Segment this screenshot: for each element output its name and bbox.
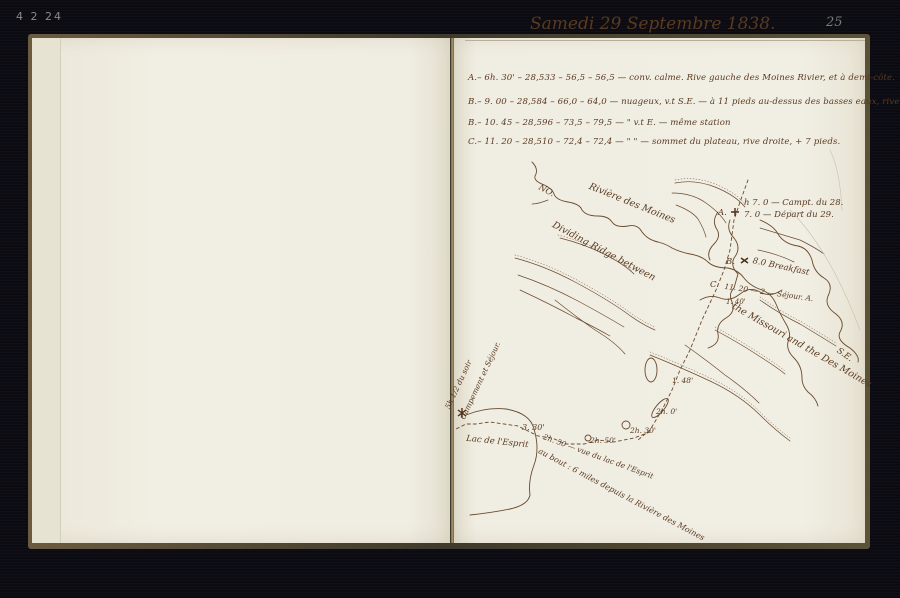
label-a-time-2: 7. 0 — Départ du 29. (744, 210, 834, 220)
camp-marker-b (741, 258, 748, 263)
label-point-a: A. (718, 208, 727, 218)
label-time-230: 2h. 30' (630, 426, 656, 435)
label-time-148: 1. 48' (672, 376, 693, 385)
label-point-b: B. (726, 257, 735, 267)
label-time-250: 2h. 50' (590, 436, 616, 445)
route-map-sketch (0, 0, 900, 598)
label-point-c: C. (710, 280, 719, 290)
label-a-time-1: h 7. 0 — Campt. du 28. (744, 198, 843, 208)
label-time-20: 2h. 0' (656, 407, 677, 416)
label-time-330: 3. 30' (522, 423, 545, 432)
